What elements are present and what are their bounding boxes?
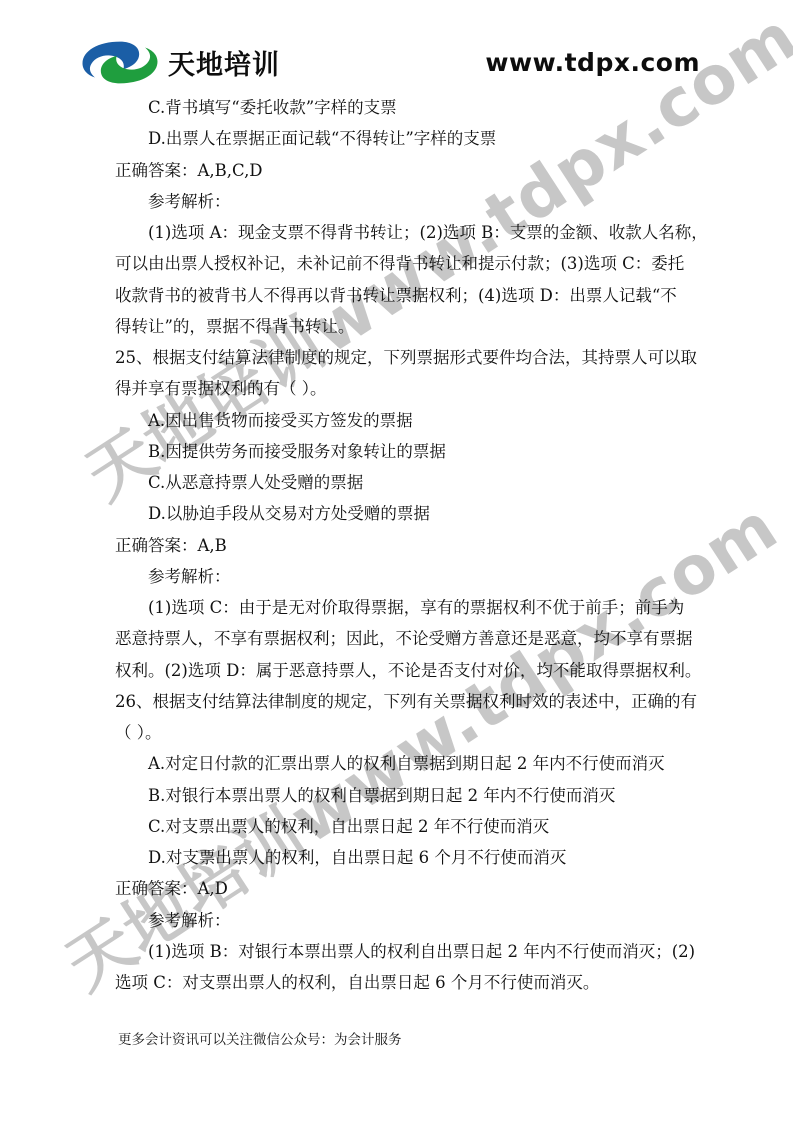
page-header: 天地培训 www.tdpx.com (78, 40, 700, 84)
answer-line: 正确答案：A,D (115, 873, 707, 904)
analysis-label: 参考解析： (115, 561, 707, 592)
footer-note: 更多会计资讯可以关注微信公众号：为会计服务 (118, 1028, 402, 1048)
brand-logo: 天地培训 (78, 40, 280, 85)
logo-swirl-icon (78, 40, 162, 85)
document-page: 天地培训www.tdpx.com 天地培训www.tdpx.com 天地培训 w… (0, 0, 793, 1122)
question-line: 26、根据支付结算法律制度的规定，下列有关票据权利时效的表述中，正确的有 (115, 686, 707, 717)
option-line: D.对支票出票人的权利，自出票日起 6 个月不行使而消灭 (115, 842, 707, 873)
option-line: B.因提供劳务而接受服务对象转让的票据 (115, 436, 707, 467)
question-line: （ ）。 (115, 717, 707, 748)
question-line: 25、根据支付结算法律制度的规定，下列票据形式要件均合法，其持票人可以取 (115, 342, 707, 373)
analysis-line: 可以由出票人授权补记，未补记前不得背书转让和提示付款；(3)选项 C：委托 (115, 248, 707, 279)
analysis-line: (1)选项 B：对银行本票出票人的权利自出票日起 2 年内不行使而消灭；(2) (115, 936, 707, 967)
analysis-line: 权利。(2)选项 D：属于恶意持票人，不论是否支付对价，均不能取得票据权利。 (115, 655, 707, 686)
analysis-line: (1)选项 C：由于是无对价取得票据，享有的票据权利不优于前手；前手为 (115, 592, 707, 623)
analysis-label: 参考解析： (115, 186, 707, 217)
option-line: C.对支票出票人的权利，自出票日起 2 年不行使而消灭 (115, 811, 707, 842)
analysis-line: 恶意持票人，不享有票据权利；因此，不论受赠方善意还是恶意，均不享有票据 (115, 623, 707, 654)
analysis-label: 参考解析： (115, 905, 707, 936)
analysis-line: 得转让”的，票据不得背书转让。 (115, 311, 707, 342)
analysis-line: 收款背书的被背书人不得再以背书转让票据权利；(4)选项 D：出票人记载“不 (115, 280, 707, 311)
document-body: C.背书填写“委托收款”字样的支票D.出票人在票据正面记载“不得转让”字样的支票… (115, 92, 707, 998)
question-line: 得并享有票据权利的有（ ）。 (115, 373, 707, 404)
analysis-line: (1)选项 A：现金支票不得背书转让；(2)选项 B：支票的金额、收款人名称， (115, 217, 707, 248)
analysis-line: 选项 C：对支票出票人的权利，自出票日起 6 个月不行使而消灭。 (115, 967, 707, 998)
option-line: C.从恶意持票人处受赠的票据 (115, 467, 707, 498)
option-line: A.因出售货物而接受买方签发的票据 (115, 405, 707, 436)
brand-name: 天地培训 (168, 43, 280, 82)
answer-line: 正确答案：A,B,C,D (115, 155, 707, 186)
website-url: www.tdpx.com (485, 48, 700, 77)
option-line: C.背书填写“委托收款”字样的支票 (115, 92, 707, 123)
option-line: B.对银行本票出票人的权利自票据到期日起 2 年内不行使而消灭 (115, 780, 707, 811)
option-line: D.出票人在票据正面记载“不得转让”字样的支票 (115, 123, 707, 154)
answer-line: 正确答案：A,B (115, 530, 707, 561)
option-line: D.以胁迫手段从交易对方处受赠的票据 (115, 498, 707, 529)
option-line: A.对定日付款的汇票出票人的权利自票据到期日起 2 年内不行使而消灭 (115, 748, 707, 779)
